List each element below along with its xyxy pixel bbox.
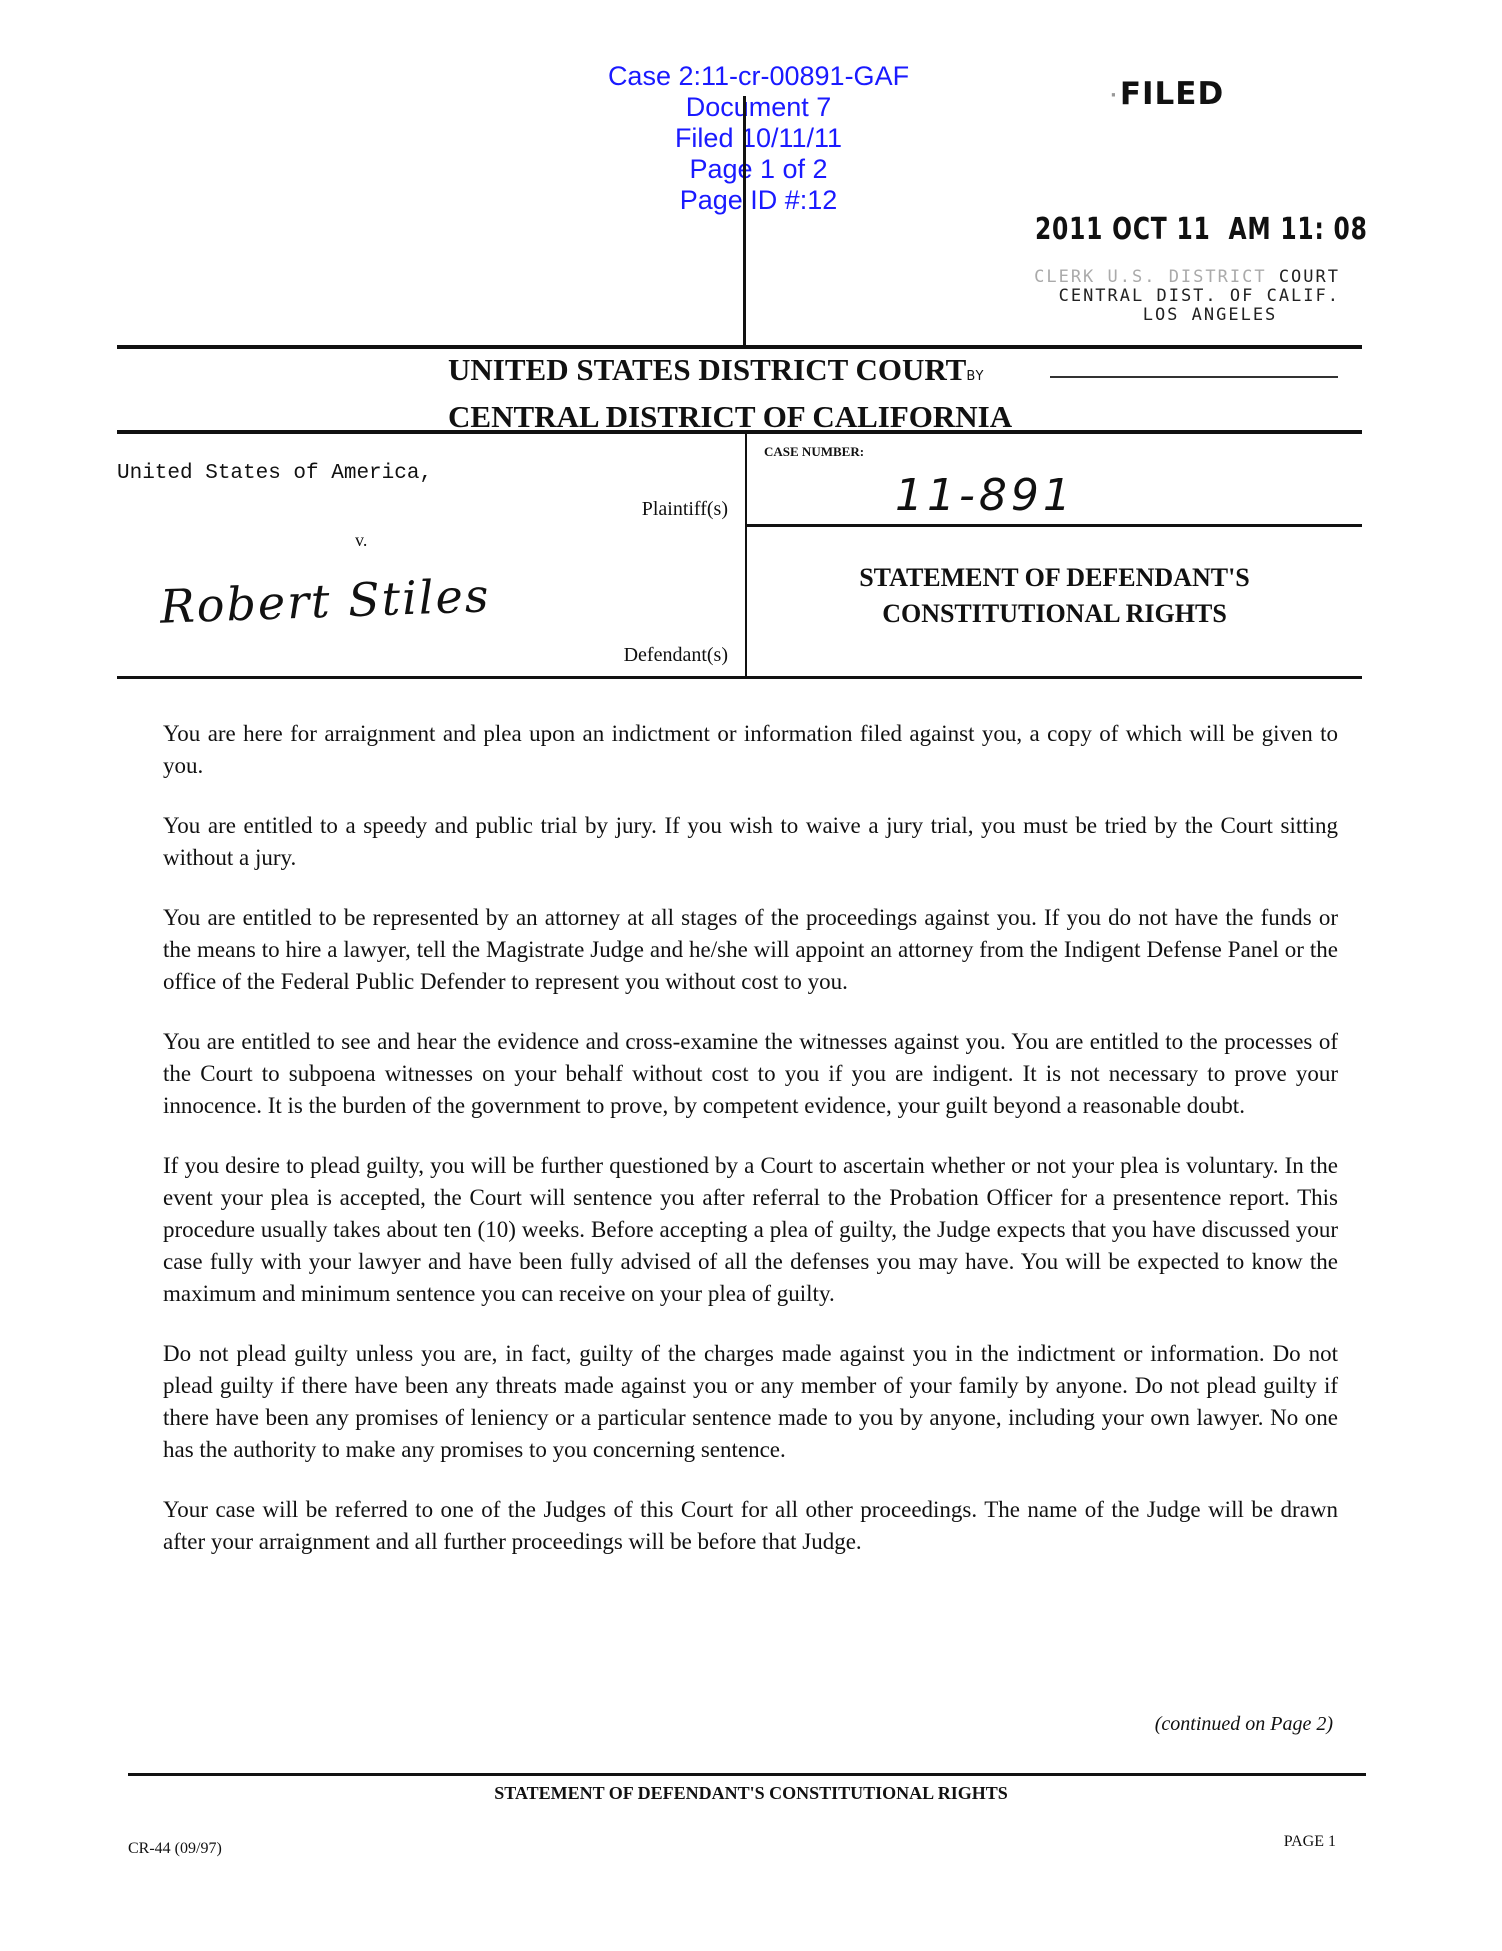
document-title-line2: CONSTITUTIONAL RIGHTS — [747, 596, 1362, 632]
clerk-stamp-line1: COURT — [1279, 267, 1340, 287]
plaintiff-label: Plaintiff(s) — [600, 498, 728, 521]
document-title: STATEMENT OF DEFENDANT'S CONSTITUTIONAL … — [747, 560, 1362, 632]
paragraph-arraignment: You are here for arraignment and plea up… — [163, 718, 1338, 782]
clerk-stamp-faint: CLERK U.S. DISTRICT — [1034, 267, 1279, 287]
ecf-header: Case 2:11-cr-00891-GAF Document 7 Filed … — [0, 30, 1502, 216]
defendant-label: Defendant(s) — [560, 644, 728, 667]
filed-stamp: ·FILED — [1110, 76, 1224, 112]
clerk-stamp-line3: LOS ANGELES — [1000, 306, 1340, 325]
paragraph-jury-trial: You are entitled to a speedy and public … — [163, 810, 1338, 874]
paragraph-evidence: You are entitled to see and hear the evi… — [163, 1026, 1338, 1122]
filed-stamp-label: FILED — [1120, 76, 1224, 112]
continued-note: (continued on Page 2) — [1000, 1713, 1333, 1736]
footer-rule — [128, 1773, 1366, 1776]
caption-bottom-rule — [117, 676, 1362, 679]
clerk-signature-line — [1050, 376, 1338, 378]
defendant-name-handwritten: Robert Stiles — [159, 568, 491, 633]
ecf-case-number: Case 2:11-cr-00891-GAF — [608, 61, 909, 91]
ecf-page-count: Page 1 of 2 — [689, 154, 827, 184]
form-identifier: CR-44 (09/97) — [128, 1840, 222, 1858]
case-number-label: CASE NUMBER: — [764, 444, 864, 460]
paragraph-judge-assignment: Your case will be referred to one of the… — [163, 1494, 1338, 1558]
case-number-handwritten: 11-891 — [895, 470, 1075, 521]
court-title: UNITED STATES DISTRICT COURTBY CENTRAL D… — [448, 350, 1012, 437]
ecf-filed-date: Filed 10/11/11 — [675, 123, 842, 153]
ecf-document-number: Document 7 — [686, 92, 832, 122]
plaintiff-name: United States of America, — [117, 462, 432, 485]
clerk-stamp-line2: CENTRAL DIST. OF CALIF. — [1059, 286, 1340, 306]
filed-stamp-date: 2011 OCT 11 AM 11: 08 — [1035, 212, 1368, 247]
case-number-rule — [747, 524, 1362, 527]
court-title-rule — [117, 430, 1362, 434]
page-number: PAGE 1 — [1270, 1833, 1336, 1851]
clerk-stamp: CLERK U.S. DISTRICT COURT CENTRAL DIST. … — [1000, 268, 1340, 325]
document-title-line1: STATEMENT OF DEFENDANT'S — [747, 560, 1362, 596]
versus-label: v. — [355, 530, 367, 551]
paragraph-plea-warnings: Do not plead guilty unless you are, in f… — [163, 1338, 1338, 1466]
ecf-page-id: Page ID #:12 — [680, 185, 838, 215]
by-label: BY — [966, 369, 984, 384]
body-text: You are here for arraignment and plea up… — [163, 718, 1338, 1586]
footer-title: STATEMENT OF DEFENDANT'S CONSTITUTIONAL … — [0, 1783, 1502, 1804]
stamp-smudge-icon: · — [1110, 85, 1118, 106]
paragraph-guilty-plea: If you desire to plead guilty, you will … — [163, 1150, 1338, 1310]
paragraph-attorney: You are entitled to be represented by an… — [163, 902, 1338, 998]
caption-divider-vertical — [745, 432, 747, 677]
header-rule — [117, 345, 1362, 349]
header-divider-vertical — [743, 96, 746, 345]
court-name: UNITED STATES DISTRICT COURT — [448, 352, 966, 387]
